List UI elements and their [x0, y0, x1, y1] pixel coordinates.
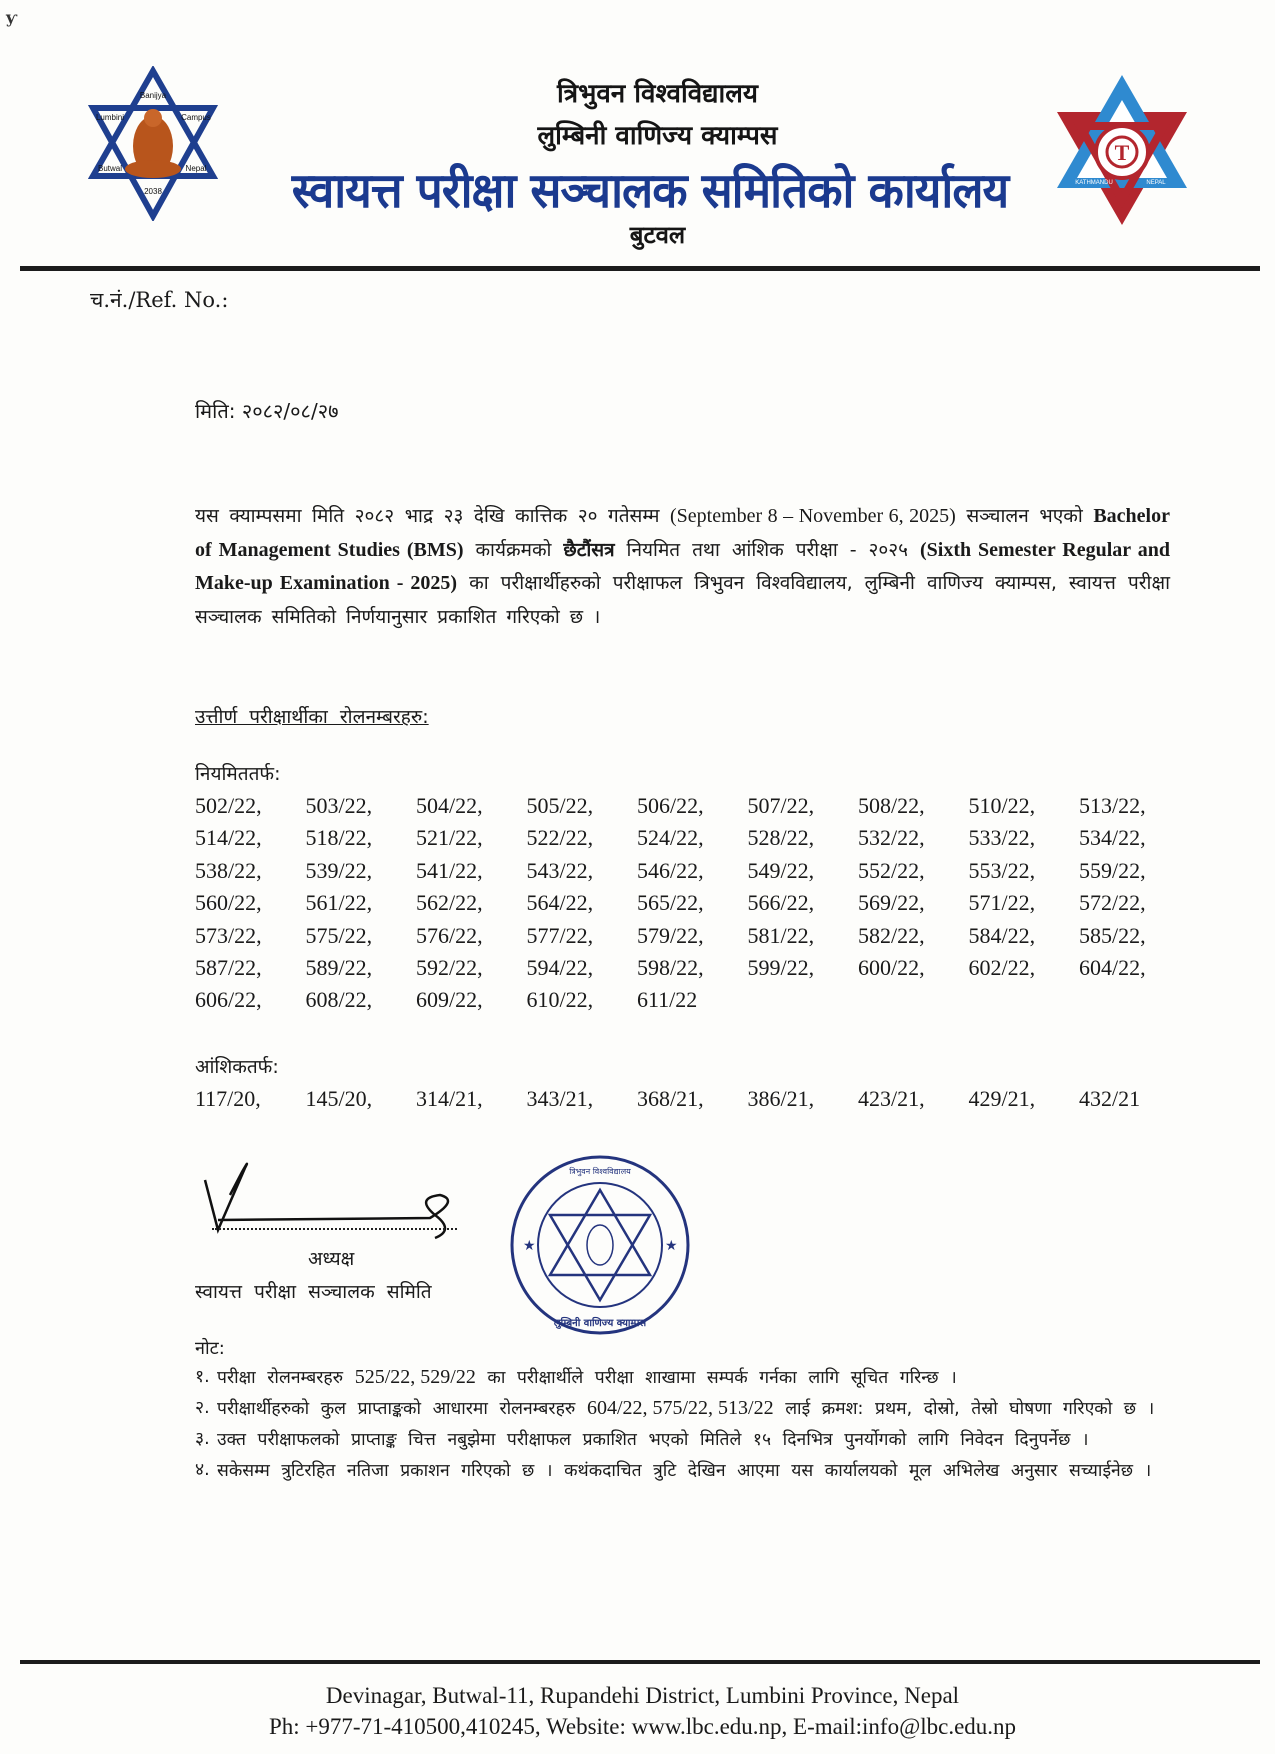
- roll-number: 549/22,: [748, 855, 859, 887]
- roll-number: 538/22,: [195, 855, 306, 887]
- roll-number: 314/21,: [416, 1083, 527, 1115]
- note-number: २.: [195, 1393, 217, 1424]
- roll-number: 343/21,: [527, 1083, 638, 1115]
- roll-number: 533/22,: [969, 822, 1080, 854]
- header-divider: [20, 266, 1260, 271]
- roll-number: 507/22,: [748, 790, 859, 822]
- roll-number: 368/21,: [637, 1083, 748, 1115]
- svg-text:T: T: [1115, 140, 1130, 165]
- regular-roll-list: 502/22,503/22,504/22,505/22,506/22,507/2…: [195, 790, 1190, 1017]
- roll-number: 575/22,: [306, 920, 417, 952]
- svg-text:★: ★: [665, 1238, 678, 1254]
- roll-number: 423/21,: [858, 1083, 969, 1115]
- roll-number: 600/22,: [858, 952, 969, 984]
- roll-number: 566/22,: [748, 887, 859, 919]
- roll-number: 513/22,: [1079, 790, 1190, 822]
- roll-number: 599/22,: [748, 952, 859, 984]
- roll-number: 611/22: [637, 984, 748, 1016]
- note-number: १.: [195, 1362, 217, 1393]
- roll-number: 572/22,: [1079, 887, 1190, 919]
- svg-text:NEPAL: NEPAL: [1146, 180, 1166, 186]
- roll-number: 541/22,: [416, 855, 527, 887]
- roll-number: 608/22,: [306, 984, 417, 1016]
- scan-mark: ƴ: [6, 8, 17, 27]
- roll-number: 609/22,: [416, 984, 527, 1016]
- svg-text:KATHMANDU: KATHMANDU: [1075, 180, 1113, 186]
- roll-number: 581/22,: [748, 920, 859, 952]
- signature-line: [212, 1228, 457, 1230]
- roll-number: 589/22,: [306, 952, 417, 984]
- footer-contact: Ph: +977-71-410500,410245, Website: www.…: [0, 1714, 1275, 1740]
- reference-number: च.नं./Ref. No.:: [90, 286, 228, 314]
- roll-number: 510/22,: [969, 790, 1080, 822]
- roll-number: 610/22,: [527, 984, 638, 1016]
- roll-number: 514/22,: [195, 822, 306, 854]
- roll-number: 573/22,: [195, 920, 306, 952]
- roll-number: 502/22,: [195, 790, 306, 822]
- roll-number: 543/22,: [527, 855, 638, 887]
- roll-number: 598/22,: [637, 952, 748, 984]
- roll-number: 576/22,: [416, 920, 527, 952]
- roll-number: 528/22,: [748, 822, 859, 854]
- roll-number: 539/22,: [306, 855, 417, 887]
- note-item: ३.उक्त परीक्षाफलको प्राप्ताङ्क चित्त नबु…: [195, 1424, 1170, 1455]
- roll-number: 386/21,: [748, 1083, 859, 1115]
- roll-number: 518/22,: [306, 822, 417, 854]
- roll-number: 561/22,: [306, 887, 417, 919]
- roll-number: 522/22,: [527, 822, 638, 854]
- roll-number: 504/22,: [416, 790, 527, 822]
- svg-text:लुम्बिनी वाणिज्य क्याम्पस: लुम्बिनी वाणिज्य क्याम्पस: [553, 1316, 648, 1329]
- svg-text:Nepal: Nepal: [186, 164, 207, 173]
- roll-number: 521/22,: [416, 822, 527, 854]
- roll-number: 524/22,: [637, 822, 748, 854]
- roll-number: 587/22,: [195, 952, 306, 984]
- regular-group-label: नियमिततर्फ:: [195, 760, 280, 786]
- note-number: ४.: [195, 1455, 217, 1486]
- svg-text:Butwal: Butwal: [98, 164, 122, 173]
- signatory-committee: स्वायत्त परीक्षा सञ्चालक समिति: [195, 1278, 432, 1304]
- note-item: २.परीक्षार्थीहरुको कुल प्राप्ताङ्कको आधा…: [195, 1393, 1170, 1424]
- office-seal-icon: ★ ★ त्रिभुवन विश्वविद्यालय लुम्बिनी वाणि…: [505, 1150, 695, 1340]
- result-announcement-paragraph: यस क्याम्पसमा मिति २०८२ भाद्र २३ देखि का…: [195, 500, 1170, 634]
- note-number: ३.: [195, 1424, 217, 1455]
- roll-number: 577/22,: [527, 920, 638, 952]
- svg-text:त्रिभुवन विश्वविद्यालय: त्रिभुवन विश्वविद्यालय: [569, 1166, 631, 1177]
- roll-number: 505/22,: [527, 790, 638, 822]
- roll-number: 508/22,: [858, 790, 969, 822]
- note-item: १.परीक्षा रोलनम्बरहरु 525/22, 529/22 का …: [195, 1362, 1170, 1393]
- roll-number: 604/22,: [1079, 952, 1190, 984]
- footer-address: Devinagar, Butwal-11, Rupandehi District…: [0, 1683, 1275, 1709]
- roll-number: 532/22,: [858, 822, 969, 854]
- note-item: ४.सकेसम्म त्रुटिरहित नतिजा प्रकाशन गरिएक…: [195, 1455, 1170, 1486]
- svg-text:2038: 2038: [144, 187, 162, 196]
- roll-number: 564/22,: [527, 887, 638, 919]
- roll-number: 559/22,: [1079, 855, 1190, 887]
- notes-label: नोट:: [195, 1336, 225, 1360]
- roll-number: 432/21: [1079, 1083, 1190, 1115]
- roll-number: 565/22,: [637, 887, 748, 919]
- tribhuvan-university-star-logo-icon: T KATHMANDU NEPAL: [1052, 70, 1192, 230]
- roll-number: 606/22,: [195, 984, 306, 1016]
- roll-number: 594/22,: [527, 952, 638, 984]
- signatory-title: अध्यक्ष: [308, 1245, 354, 1271]
- office-title: स्वायत्त परीक्षा सञ्चालक समितिको कार्याल…: [250, 156, 1050, 221]
- roll-number: 579/22,: [637, 920, 748, 952]
- partial-roll-list: 117/20,145/20,314/21,343/21,368/21,386/2…: [195, 1083, 1190, 1115]
- roll-number: 553/22,: [969, 855, 1080, 887]
- svg-text:★: ★: [523, 1238, 536, 1254]
- roll-number: 546/22,: [637, 855, 748, 887]
- roll-number: 117/20,: [195, 1083, 306, 1115]
- partial-group-label: आंशिकतर्फ:: [195, 1053, 279, 1079]
- notes-list: १.परीक्षा रोलनम्बरहरु 525/22, 529/22 का …: [195, 1362, 1170, 1486]
- passed-candidates-heading: उत्तीर्ण परीक्षार्थीका रोलनम्बरहरु:: [195, 703, 429, 729]
- roll-number: 582/22,: [858, 920, 969, 952]
- issue-date: मिति: २०८२/०८/२७: [195, 397, 339, 424]
- roll-number: 571/22,: [969, 887, 1080, 919]
- roll-number: 602/22,: [969, 952, 1080, 984]
- roll-number: 585/22,: [1079, 920, 1190, 952]
- roll-number: 552/22,: [858, 855, 969, 887]
- roll-number: 429/21,: [969, 1083, 1080, 1115]
- roll-number: 562/22,: [416, 887, 527, 919]
- roll-number: 503/22,: [306, 790, 417, 822]
- roll-number: 584/22,: [969, 920, 1080, 952]
- roll-number: 569/22,: [858, 887, 969, 919]
- roll-number: 506/22,: [637, 790, 748, 822]
- roll-number: 592/22,: [416, 952, 527, 984]
- roll-number: 534/22,: [1079, 822, 1190, 854]
- footer-divider: [20, 1660, 1260, 1664]
- roll-number: 560/22,: [195, 887, 306, 919]
- roll-number: 145/20,: [306, 1083, 417, 1115]
